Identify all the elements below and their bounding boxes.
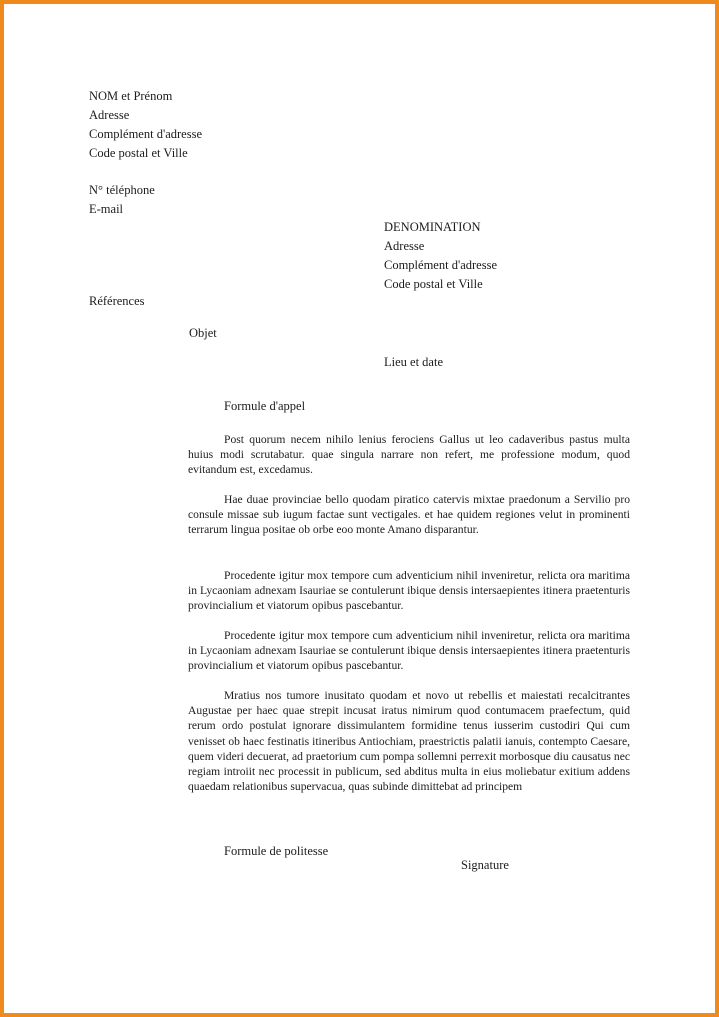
closing-formula: Formule de politesse	[224, 842, 328, 861]
sender-postal-city: Code postal et Ville	[89, 144, 202, 163]
salutation: Formule d'appel	[224, 397, 305, 416]
paragraph-text: Procedente igitur mox tempore cum advent…	[188, 568, 630, 614]
references-label: Références	[89, 292, 145, 311]
body-paragraph-2: Hae duae provinciae bello quodam piratic…	[188, 492, 630, 538]
place-date: Lieu et date	[384, 353, 443, 372]
recipient-address: Adresse	[384, 237, 497, 256]
sender-name: NOM et Prénom	[89, 87, 202, 106]
sender-email: E-mail	[89, 200, 155, 219]
letter-page: NOM et Prénom Adresse Complément d'adres…	[0, 0, 719, 1017]
paragraph-text: Hae duae provinciae bello quodam piratic…	[188, 492, 630, 538]
sender-block: NOM et Prénom Adresse Complément d'adres…	[89, 87, 202, 163]
body-paragraph-1: Post quorum necem nihilo lenius ferocien…	[188, 432, 630, 478]
paragraph-text: Procedente igitur mox tempore cum advent…	[188, 628, 630, 674]
body-paragraph-5: Mratius nos tumore inusitato quodam et n…	[188, 688, 630, 794]
recipient-block: DENOMINATION Adresse Complément d'adress…	[384, 218, 497, 294]
paragraph-text: Mratius nos tumore inusitato quodam et n…	[188, 688, 630, 794]
recipient-address-complement: Complément d'adresse	[384, 256, 497, 275]
body-paragraph-3: Procedente igitur mox tempore cum advent…	[188, 568, 630, 614]
signature: Signature	[461, 856, 509, 875]
recipient-postal-city: Code postal et Ville	[384, 275, 497, 294]
sender-phone: N° téléphone	[89, 181, 155, 200]
sender-contact-block: N° téléphone E-mail	[89, 181, 155, 219]
sender-address-complement: Complément d'adresse	[89, 125, 202, 144]
recipient-denomination: DENOMINATION	[384, 218, 497, 237]
sender-address: Adresse	[89, 106, 202, 125]
subject-label: Objet	[189, 324, 217, 343]
body-paragraph-4: Procedente igitur mox tempore cum advent…	[188, 628, 630, 674]
paragraph-text: Post quorum necem nihilo lenius ferocien…	[188, 432, 630, 478]
